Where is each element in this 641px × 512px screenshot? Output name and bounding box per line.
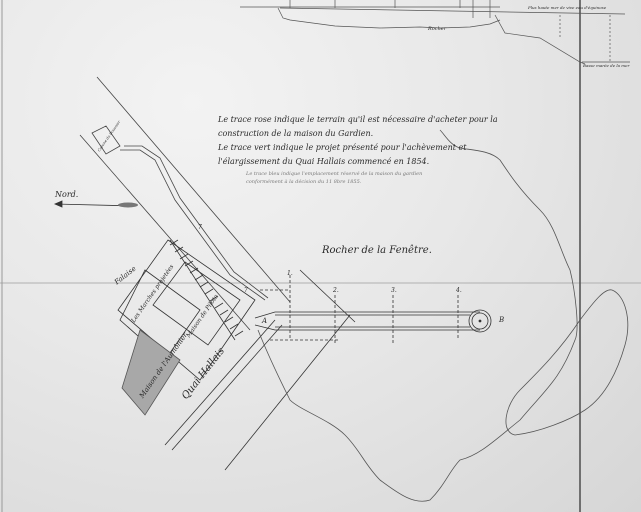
island-outline: [506, 290, 628, 435]
legend-line-3: Le trace vert indique le projet présenté…: [218, 141, 466, 154]
north-label: Nord.: [55, 190, 78, 199]
section-4-label: 4.: [456, 287, 462, 294]
jetty: [255, 270, 491, 345]
map-sheet: Le trace rose indique le terrain qu'il e…: [0, 0, 641, 512]
section-1-label: 1.: [287, 270, 293, 277]
legend-line-2: construction de la maison du Gardien.: [218, 127, 373, 140]
maison-aumonier-shape: [122, 330, 180, 415]
point-a-label: A: [262, 317, 267, 325]
legend-line-1: Le trace rose indique le terrain qu'il e…: [218, 113, 498, 126]
section-3-label: 3.: [391, 287, 397, 294]
section-2-label: 2.: [333, 287, 339, 294]
north-arrow: [55, 201, 138, 208]
profile-rock-label: Rocher: [428, 26, 446, 32]
legend-line-4: l'élargissement du Quai Hallais commencé…: [218, 155, 429, 168]
legend-note-2: conformément à la décision du 11 8bre 18…: [246, 178, 361, 186]
profile-low-tide-note: Basse marée de la mer: [583, 63, 629, 68]
map-drawing: [0, 0, 641, 512]
hatched-wall: [170, 240, 243, 336]
section-7a-label: 7: [198, 224, 202, 231]
point-b-label: B: [499, 316, 504, 324]
profile-high-tide-note: Plus haute mer de vive eau d'équinoxe: [528, 5, 606, 10]
section-7b-label: 7: [244, 287, 248, 294]
rocher-label: Rocher de la Fenêtre.: [322, 245, 432, 256]
legend-note-1: Le trace bleu indique l'emplacement rése…: [246, 170, 422, 178]
